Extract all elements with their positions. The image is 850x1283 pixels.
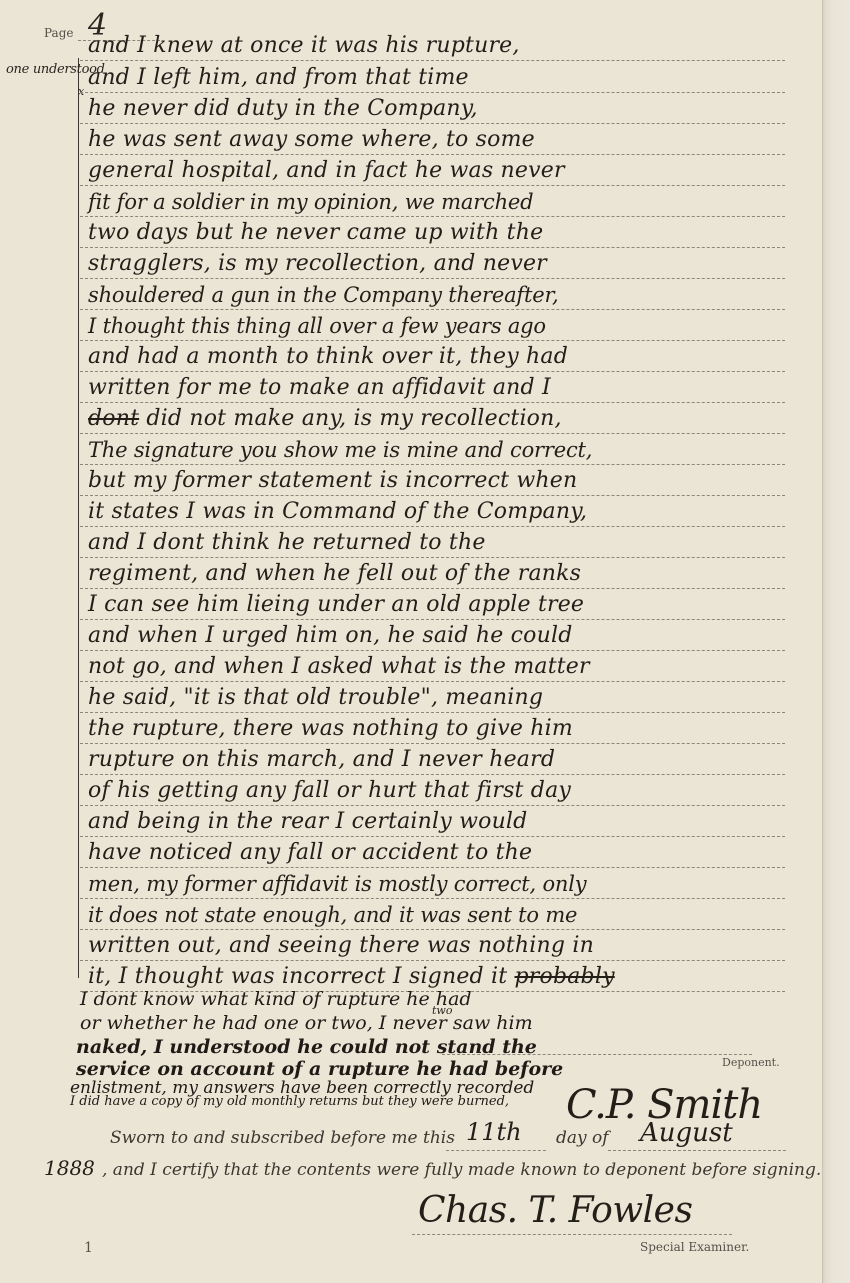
line-text: and when I urged him on, he said he coul… [88, 623, 573, 648]
body-line: of his getting any fall or hurt that fir… [80, 773, 785, 806]
body-line: fit for a soldier in my opinion, we marc… [80, 184, 785, 217]
page-label: Page [44, 26, 73, 40]
body-line: stragglers, is my recollection, and neve… [80, 246, 785, 279]
body-line: two days but he never came up with the [80, 215, 785, 248]
line-text-content: it, I thought was incorrect I signed it [88, 964, 507, 989]
day-value: 11th [466, 1118, 522, 1146]
line-text: and I dont think he returned to the [88, 530, 486, 555]
line-text: men, my former affidavit is mostly corre… [88, 872, 586, 896]
closing-line: I did have a copy of my old monthly retu… [70, 1094, 509, 1109]
line-text: written out, and seeing there was nothin… [88, 933, 594, 958]
body-line: and I left him, and from that time [80, 60, 785, 93]
line-text: he never did duty in the Company, [88, 96, 478, 121]
deponent-label: Deponent. [722, 1056, 780, 1069]
body-line: written for me to make an affidavit and … [80, 370, 785, 403]
body-line: and being in the rear I certainly would [80, 804, 785, 837]
line-text: shouldered a gun in the Company thereaft… [88, 283, 558, 307]
line-text: and I knew at once it was his rupture, [88, 33, 520, 58]
body-line: The signature you show me is mine and co… [80, 432, 785, 465]
line-text: regiment, and when he fell out of the ra… [88, 561, 581, 586]
line-text: general hospital, and in fact he was nev… [88, 158, 565, 183]
document-page: Page 4 one understood x and I knew at on… [0, 0, 822, 1283]
month-rule [608, 1150, 786, 1151]
line-text: fit for a soldier in my opinion, we marc… [88, 190, 533, 214]
jurat-prefix: Sworn to and subscribed before me this [110, 1128, 455, 1148]
line-text-content: did not make any, is my recollection, [146, 406, 561, 431]
body-line: he said, "it is that old trouble", meani… [80, 680, 785, 713]
body-line: and I knew at once it was his rupture, [80, 28, 785, 61]
line-text: he was sent away some where, to some [88, 127, 535, 152]
line-text: he said, "it is that old trouble", meani… [88, 685, 543, 710]
line-text: not go, and when I asked what is the mat… [88, 654, 590, 679]
year-value: 1888 [44, 1156, 95, 1180]
body-line: but my former statement is incorrect whe… [80, 463, 785, 496]
body-line: the rupture, there was nothing to give h… [80, 711, 785, 744]
line-text: it, I thought was incorrect I signed it … [88, 964, 615, 989]
body-line: general hospital, and in fact he was nev… [80, 153, 785, 186]
day-rule [446, 1150, 546, 1151]
line-text: The signature you show me is mine and co… [88, 438, 592, 462]
deponent-signature-rule [442, 1054, 752, 1055]
line-text: and had a month to think over it, they h… [88, 344, 568, 369]
body-line: written out, and seeing there was nothin… [80, 928, 785, 961]
body-line: shouldered a gun in the Company thereaft… [80, 277, 785, 310]
scanned-page-edge [822, 0, 850, 1283]
examiner-signature-rule [412, 1234, 732, 1235]
line-text: rupture on this march, and I never heard [88, 747, 555, 772]
body-line: I thought this thing all over a few year… [80, 308, 785, 341]
examiner-label: Special Examiner. [640, 1240, 749, 1254]
line-text: the rupture, there was nothing to give h… [88, 716, 573, 741]
examiner-signature: Chas. T. Fowles [418, 1190, 692, 1231]
line-text: dont did not make any, is my recollectio… [88, 406, 562, 431]
line-text: I can see him lieing under an old apple … [88, 592, 584, 617]
line-text: stragglers, is my recollection, and neve… [88, 251, 547, 276]
line-text: but my former statement is incorrect whe… [88, 468, 577, 493]
body-line: and when I urged him on, he said he coul… [80, 618, 785, 651]
month-value: August [640, 1118, 733, 1148]
line-text-content: written out, and seeing there was nothin… [88, 933, 594, 958]
margin-rule [78, 58, 79, 978]
body-line: regiment, and when he fell out of the ra… [80, 556, 785, 589]
closing-line: service on account of a rupture he had b… [76, 1058, 563, 1080]
body-line: not go, and when I asked what is the mat… [80, 649, 785, 682]
body-line: it does not state enough, and it was sen… [80, 897, 785, 930]
body-line: rupture on this march, and I never heard [80, 742, 785, 775]
line-text: and being in the rear I certainly would [88, 809, 527, 834]
body-line: and I dont think he returned to the [80, 525, 785, 558]
body-line: dont did not make any, is my recollectio… [80, 401, 785, 434]
jurat-certification: , and I certify that the contents were f… [102, 1160, 821, 1180]
line-text: and I left him, and from that time [88, 65, 469, 90]
sheet-number: 1 [84, 1240, 93, 1256]
line-text: it does not state enough, and it was sen… [88, 903, 577, 927]
closing-line: or whether he had one or two, I never sa… [80, 1012, 533, 1034]
struck-word: dont [88, 406, 139, 431]
body-line: I can see him lieing under an old apple … [80, 587, 785, 620]
body-line: have noticed any fall or accident to the [80, 835, 785, 868]
struck-word: probably [515, 964, 615, 989]
line-text: have noticed any fall or accident to the [88, 840, 532, 865]
line-text: it states I was in Command of the Compan… [88, 499, 587, 524]
closing-line: I dont know what kind of rupture he had [80, 988, 472, 1010]
jurat-mid: day of [556, 1128, 609, 1148]
body-line: men, my former affidavit is mostly corre… [80, 866, 785, 899]
body-line: he was sent away some where, to some [80, 122, 785, 155]
body-line: it states I was in Command of the Compan… [80, 494, 785, 527]
line-text: I thought this thing all over a few year… [88, 314, 546, 338]
body-line: he never did duty in the Company, [80, 91, 785, 124]
line-text: of his getting any fall or hurt that fir… [88, 778, 571, 803]
body-line: and had a month to think over it, they h… [80, 339, 785, 372]
line-text: written for me to make an affidavit and … [88, 375, 551, 400]
line-text: two days but he never came up with the [88, 220, 543, 245]
